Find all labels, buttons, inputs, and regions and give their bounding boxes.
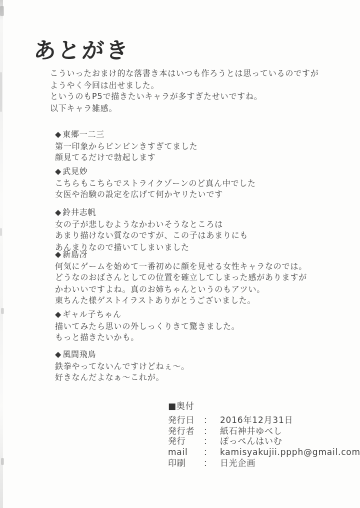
colophon-row-publish-date: 発行日：2016年12月31日 [168,416,360,427]
section-niijima-sae: ◆新島冴 何気にゲームを始めて一番初めに顔を見せる女性キャラなのでは。 どうなの… [55,249,307,295]
character-name: 風間飛鳥 [63,350,97,359]
section-line: 女医や治験の設定を広げて何かヤリたいです [55,189,256,201]
colophon-row-publisher-person: 発行者：紙石神井ゆべし [168,427,360,438]
section-takemi-tae: ◆武見妙 こちらもこちらでストライクゾーンのど真ん中でした 女医や治験の設定を広… [55,166,256,201]
colophon-value: ぽっぺんはいむ [220,437,282,448]
diamond-bullet-icon: ◆ [55,167,62,176]
section-heading: ◆鈴井志帆 [55,207,248,219]
guest-illustration-thanks: 東ちんた様ゲストイラストありがとうございました。 [55,295,256,306]
colophon-label: 発行日 [168,416,202,427]
section-line: 描いてみたら思いの外しっくりきて驚きました。 [55,321,240,333]
colophon-colon: ： [202,427,214,438]
diamond-bullet-icon: ◆ [55,130,62,139]
colophon-value: 日光企画 [220,459,256,470]
section-suzui-shiho: ◆鈴井志帆 女の子が悲しむようなかわいそうなところは あまり描けない質なのですが… [55,207,248,253]
intro-line: というのもP5で描きたいキャラが多すぎたせいですね。 [50,91,319,103]
section-line: かわいいですよね。真のお姉ちゃんというのもアツい。 [55,284,307,296]
character-name: ギャル子ちゃん [63,310,122,319]
colophon: ■奥付 発行日：2016年12月31日 発行者：紙石神井ゆべし 発行：ぽっぺんは… [168,402,360,470]
section-line: 何気にゲームを始めて一番初めに顔を見せる女性キャラなのでは。 [55,261,307,273]
section-heading: ◆ギャル子ちゃん [55,309,240,321]
colophon-heading: ■奥付 [168,402,360,413]
colophon-value: 紙石神井ゆべし [220,427,282,438]
scan-artifact-speck [0,6,4,16]
colophon-value: 2016年12月31日 [220,416,293,427]
colophon-row-printer: 印刷：日光企画 [168,459,360,470]
section-heading: ◆新島冴 [55,249,307,261]
section-line: 第一印象からビンビンきすぎてました [55,141,198,153]
section-togo-hifumi: ◆東郷一二三 第一印象からビンビンきすぎてました 顔見てるだけで勃起します [55,129,198,164]
diamond-bullet-icon: ◆ [55,208,62,217]
colophon-row-mail: mail：kamisyakujii.ppph@gmail.com [168,448,360,459]
page-title: あとがき [33,34,131,65]
section-line: こちらもこちらでストライクゾーンのど真ん中でした [55,178,256,190]
colophon-label: 印刷 [168,459,202,470]
section-heading: ◆東郷一二三 [55,129,198,141]
section-heading: ◆風間飛鳥 [55,349,189,361]
scan-artifact-speck [1,308,4,314]
intro-line: ようやく今回は出せました。 [50,80,319,92]
character-name: 武見妙 [63,167,88,176]
intro-line: 以下キャラ雑感。 [50,103,319,115]
section-line: 女の子が悲しむようなかわいそうなところは [55,219,248,231]
character-name: 東郷一二三 [63,130,105,139]
colophon-colon: ： [202,448,214,459]
section-line: どうなのおばさんとしての位置を確立してしまった感がありますが [55,272,307,284]
colophon-colon: ： [202,437,214,448]
intro-line: こういったおまけ的な落書き本はいつも作ろうとは思っているのですが [50,68,319,80]
diamond-bullet-icon: ◆ [55,350,62,359]
diamond-bullet-icon: ◆ [55,310,62,319]
section-line: 好きなんだよなぁ〜これが。 [55,372,189,384]
section-heading: ◆武見妙 [55,166,256,178]
colophon-colon: ： [202,459,214,470]
section-line: 鉄拳やってないんですけどねぇ〜。 [55,361,189,373]
character-name: 新島冴 [63,250,88,259]
scan-artifact-speck [0,72,2,112]
intro-paragraph: こういったおまけ的な落書き本はいつも作ろうとは思っているのですが ようやく今回は… [50,68,319,114]
scan-artifact-speck [1,458,4,465]
scan-artifact-speck [0,228,2,236]
colophon-row-circle: 発行：ぽっぺんはいむ [168,437,360,448]
diamond-bullet-icon: ◆ [55,250,62,259]
section-line: あまり描けない質なのですが、この子はあまりにも [55,230,248,242]
character-name: 鈴井志帆 [63,208,97,217]
section-kazama-asuka: ◆風間飛鳥 鉄拳やってないんですけどねぇ〜。 好きなんだよなぁ〜これが。 [55,349,189,384]
section-line: 顔見てるだけで勃起します [55,152,198,164]
colophon-label: 発行者 [168,427,202,438]
afterword-page: あとがき こういったおまけ的な落書き本はいつも作ろうとは思っているのですが よう… [0,0,360,508]
colophon-label: mail [168,448,202,459]
colophon-email: kamisyakujii.ppph@gmail.com [220,448,360,459]
section-gyaruko-chan: ◆ギャル子ちゃん 描いてみたら思いの外しっくりきて驚きました。 もっと描きたいか… [55,309,240,344]
section-line: もっと描きたいかも。 [55,332,240,344]
colophon-colon: ： [202,416,214,427]
colophon-label: 発行 [168,437,202,448]
